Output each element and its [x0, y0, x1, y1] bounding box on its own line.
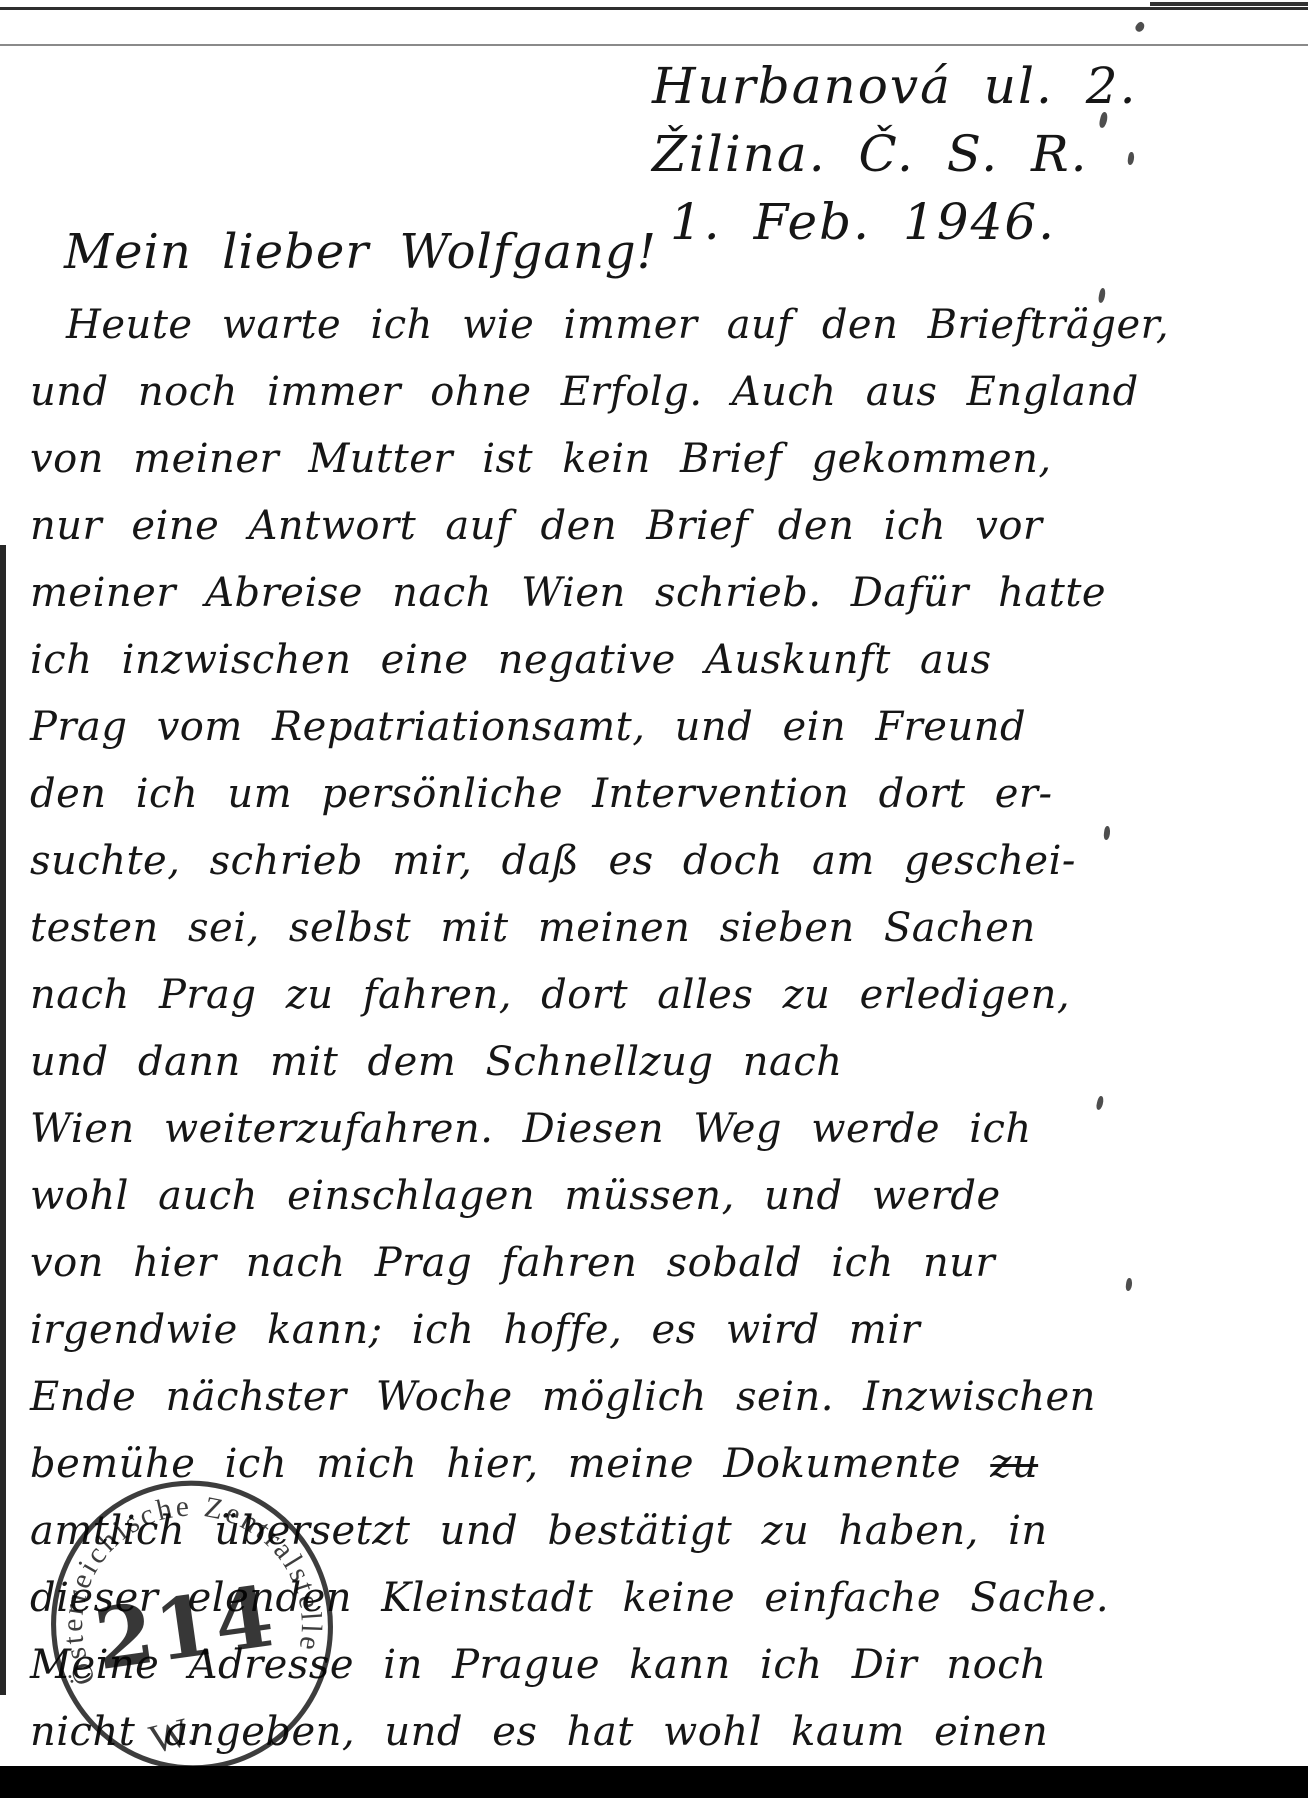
- address-city: Žilina. Č. S. R.: [652, 120, 1137, 188]
- letter-line: von hier nach Prag fahren sobald ich nur: [30, 1230, 1105, 1297]
- letter-line: und noch immer ohne Erfolg. Auch aus Eng…: [30, 359, 1105, 426]
- struck-word: zu: [990, 1441, 1038, 1487]
- scan-artifact-bottom-bar: [0, 1766, 1308, 1798]
- sender-address-block: Hurbanová ul. 2. Žilina. Č. S. R. 1. Feb…: [652, 52, 1137, 256]
- letter-line: Prag vom Repatriationsamt, und ein Freun…: [30, 694, 1105, 761]
- scan-artifact-top-edge: [1150, 2, 1308, 6]
- censor-stamp: Österreichische Zentralstelle 214 W.: [23, 1459, 361, 1793]
- letter-line: den ich um persönliche Intervention dort…: [30, 761, 1105, 828]
- stamp-number: 214: [89, 1567, 281, 1689]
- letter-line: nach Prag zu fahren, dort alles zu erled…: [30, 962, 1105, 1029]
- scan-artifact-top-line: [0, 44, 1308, 46]
- scan-artifact-left-edge: [0, 545, 6, 1695]
- letter-line: ich inzwischen eine negative Auskunft au…: [30, 627, 1105, 694]
- address-street: Hurbanová ul. 2.: [652, 52, 1137, 120]
- stamp-bottom-letter: W.: [145, 1708, 199, 1763]
- salutation: Mein lieber Wolfgang!: [64, 224, 657, 280]
- letter-line: Wien weiterzufahren. Diesen Weg werde ic…: [30, 1096, 1105, 1163]
- letter-line: testen sei, selbst mit meinen sieben Sac…: [30, 895, 1105, 962]
- letter-date: 1. Feb. 1946.: [652, 188, 1137, 256]
- scan-artifact-top-line: [0, 7, 1308, 10]
- letter-line: von meiner Mutter ist kein Brief gekomme…: [30, 426, 1105, 493]
- letter-line: meiner Abreise nach Wien schrieb. Dafür …: [30, 560, 1105, 627]
- scan-artifact-speck: [1134, 21, 1147, 34]
- letter-line: nur eine Antwort auf den Brief den ich v…: [30, 493, 1105, 560]
- letter-line: suchte, schrieb mir, daß es doch am gesc…: [30, 828, 1105, 895]
- letter-page: Hurbanová ul. 2. Žilina. Č. S. R. 1. Feb…: [0, 0, 1308, 1798]
- scan-artifact-speck: [1125, 1278, 1133, 1292]
- letter-line: Ende nächster Woche möglich sein. Inzwis…: [30, 1364, 1105, 1431]
- letter-line: Heute warte ich wie immer auf den Brieft…: [30, 292, 1105, 359]
- letter-line: irgendwie kann; ich hoffe, es wird mir: [30, 1297, 1105, 1364]
- letter-line: und dann mit dem Schnellzug nach: [30, 1029, 1105, 1096]
- letter-line: wohl auch einschlagen müssen, und werde: [30, 1163, 1105, 1230]
